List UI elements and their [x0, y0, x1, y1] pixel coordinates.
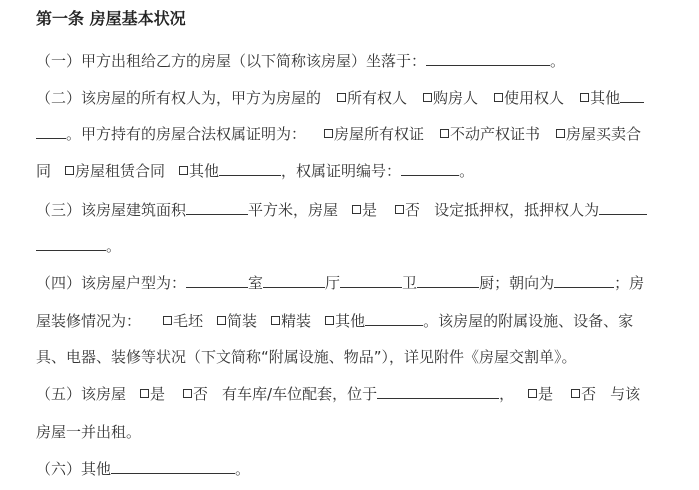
checkbox-icon[interactable]	[571, 389, 580, 398]
section-3-line-1: （三）该房屋建筑面积平方米，房屋是否设定抵押权，抵押权人为	[36, 200, 647, 220]
option-fine[interactable]: 精装	[271, 312, 311, 330]
option-lease-contract[interactable]: 房屋租赁合同	[65, 162, 165, 180]
section-4-line-2: 屋装修情况为：毛坯简装精装其他。该房屋的附属设施、设备、家	[36, 311, 633, 331]
option-owner[interactable]: 所有权人	[337, 89, 407, 107]
section-2-label: （二）该房屋的所有权人为，甲方为房屋的	[36, 89, 321, 107]
section-6-label: （六）其他	[36, 460, 111, 478]
garage-label: 有车库/车位配套，位于	[222, 385, 377, 403]
option-buyer[interactable]: 购房人	[423, 89, 478, 107]
other-owner-blank[interactable]	[620, 88, 644, 103]
checkbox-icon[interactable]	[163, 316, 172, 325]
section-2-line-2: 。甲方持有的房屋合法权属证明为：房屋所有权证不动产权证书房屋买卖合	[36, 124, 641, 144]
mortgagee-blank-cont[interactable]	[36, 236, 106, 251]
orientation-blank[interactable]	[554, 273, 614, 288]
section-5-line-2: 房屋一并出租。	[36, 422, 141, 442]
checkbox-icon[interactable]	[65, 166, 74, 175]
deco-other-blank[interactable]	[365, 311, 423, 326]
option-purchase-contract[interactable]: 房屋买卖合	[556, 125, 641, 143]
checkbox-icon[interactable]	[324, 129, 333, 138]
checkbox-icon[interactable]	[556, 129, 565, 138]
cert-other-blank[interactable]	[219, 161, 281, 176]
section-3-label: （三）该房屋建筑面积	[36, 201, 186, 219]
section-4-line-1: （四）该房屋户型为：室厅卫厨；朝向为；房	[36, 273, 644, 293]
option-simple[interactable]: 简装	[217, 312, 257, 330]
cert-number-label: ，权属证明编号：	[281, 162, 401, 180]
option-deco-other[interactable]: 其他	[325, 312, 365, 330]
option-unfinished[interactable]: 毛坯	[163, 312, 203, 330]
option-ownership-cert[interactable]: 房屋所有权证	[324, 125, 424, 143]
option-rent-together-yes[interactable]: 是	[528, 385, 553, 403]
checkbox-icon[interactable]	[395, 205, 404, 214]
other-blank[interactable]	[111, 459, 235, 474]
checkbox-icon[interactable]	[183, 389, 192, 398]
checkbox-icon[interactable]	[140, 389, 149, 398]
section-5-line-1: （五）该房屋是否有车库/车位配套，位于，是否与该	[36, 384, 640, 404]
checkbox-icon[interactable]	[494, 93, 503, 102]
option-garage-no[interactable]: 否	[183, 385, 208, 403]
option-user[interactable]: 使用权人	[494, 89, 564, 107]
location-blank[interactable]	[426, 51, 550, 66]
option-property-cert[interactable]: 不动产权证书	[440, 125, 540, 143]
cert-label: 。甲方持有的房屋合法权属证明为：	[66, 125, 306, 143]
checkbox-icon[interactable]	[179, 166, 188, 175]
section-1-label: （一）甲方出租给乙方的房屋（以下简称该房屋）坐落于：	[36, 52, 426, 70]
cert-number-blank[interactable]	[401, 161, 459, 176]
option-other[interactable]: 其他	[580, 89, 620, 107]
option-garage-yes[interactable]: 是	[140, 385, 165, 403]
section-3-line-2: 。	[36, 236, 121, 256]
rooms-blank[interactable]	[186, 273, 248, 288]
checkbox-icon[interactable]	[271, 316, 280, 325]
area-blank[interactable]	[186, 200, 248, 215]
checkbox-icon[interactable]	[217, 316, 226, 325]
garage-location-blank[interactable]	[377, 384, 499, 399]
option-mortgage-yes[interactable]: 是	[352, 201, 377, 219]
period: 。	[550, 52, 565, 70]
article-heading: 第一条 房屋基本状况	[36, 6, 186, 29]
option-cert-other[interactable]: 其他	[179, 162, 219, 180]
section-5-label: （五）该房屋	[36, 385, 126, 403]
section-4-label: （四）该房屋户型为：	[36, 274, 186, 292]
checkbox-icon[interactable]	[352, 205, 361, 214]
section-2-line-3: 同房屋租赁合同其他，权属证明编号：。	[36, 161, 474, 181]
section-1-line: （一）甲方出租给乙方的房屋（以下简称该房屋）坐落于：。	[36, 51, 565, 71]
checkbox-icon[interactable]	[325, 316, 334, 325]
checkbox-icon[interactable]	[580, 93, 589, 102]
other-owner-blank-cont[interactable]	[36, 124, 66, 139]
document: 第一条 房屋基本状况 （一）甲方出租给乙方的房屋（以下简称该房屋）坐落于：。 （…	[0, 0, 699, 490]
kitchens-blank[interactable]	[417, 273, 479, 288]
section-6-line: （六）其他。	[36, 459, 250, 479]
decoration-label: 屋装修情况为：	[36, 312, 141, 330]
option-rent-together-no[interactable]: 否	[571, 385, 596, 403]
option-mortgage-no[interactable]: 否	[395, 201, 420, 219]
checkbox-icon[interactable]	[440, 129, 449, 138]
section-4-line-3: 具、电器、装修等状况（下文简称“附属设施、物品”），详见附件《房屋交割单》。	[36, 347, 577, 367]
baths-blank[interactable]	[340, 273, 402, 288]
facilities-text: 具、电器、装修等状况（下文简称“附属设施、物品”），详见附件《房屋交割单》。	[36, 348, 577, 366]
mortgagee-blank[interactable]	[599, 200, 647, 215]
checkbox-icon[interactable]	[337, 93, 346, 102]
halls-blank[interactable]	[263, 273, 325, 288]
checkbox-icon[interactable]	[528, 389, 537, 398]
section-2-line-1: （二）该房屋的所有权人为，甲方为房屋的所有权人购房人使用权人其他	[36, 88, 644, 108]
mortgage-label: 设定抵押权，抵押权人为	[434, 201, 599, 219]
checkbox-icon[interactable]	[423, 93, 432, 102]
